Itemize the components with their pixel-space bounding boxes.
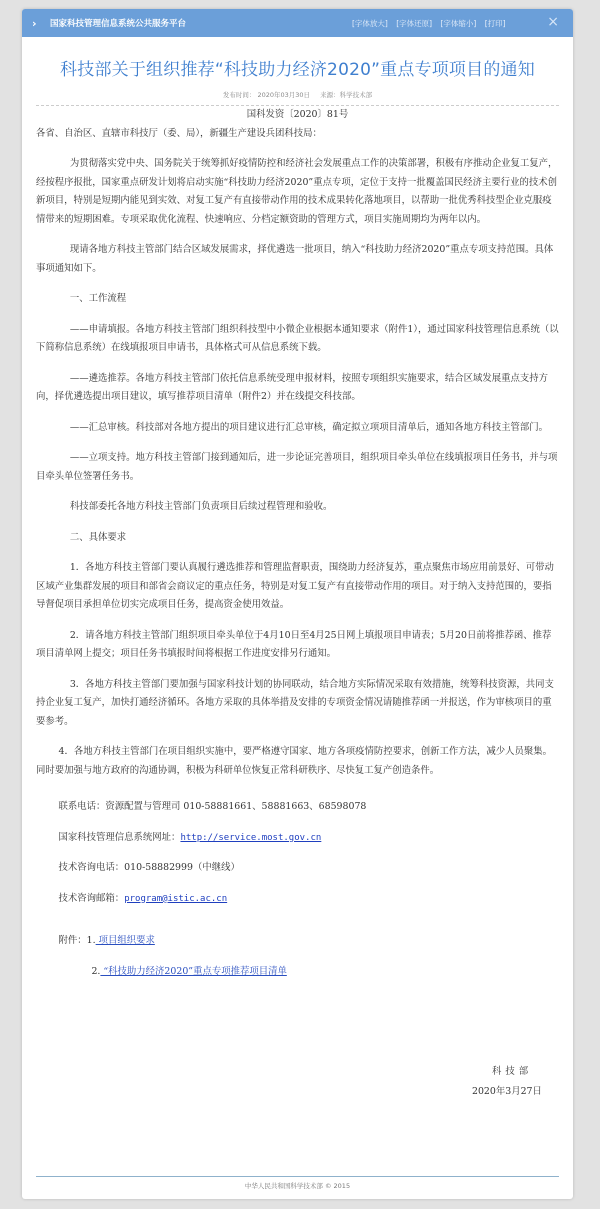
print-button[interactable]: [打印] [485,19,506,28]
paragraph: ——汇总审核。科技部对各地方提出的项目建议进行汇总审核，确定拟立项项目清单后，通… [36,419,559,438]
attachment-link-2[interactable]: “科技助力经济2020”重点专项推荐项目清单 [100,966,286,977]
publish-date: 发布时间： 2020年03月30日 [223,91,310,99]
paragraph: 科技部委托各地方科技主管部门负责项目后续过程管理和验收。 [36,498,559,517]
contact-phone: 联系电话：资源配置与管理司 010-58881661、58881663、6859… [36,798,559,817]
close-icon[interactable]: × [547,14,559,30]
paragraph: 4．各地方科技主管部门在项目组织实施中，要严格遵守国家、地方各项疫情防控要求，创… [36,743,559,780]
attachment-label: 附件：1. [59,935,96,946]
font-enlarge-button[interactable]: [字体放大] [352,19,388,28]
email-label: 技术咨询邮箱： [59,893,125,904]
panel-header: › 国家科技管理信息系统公共服务平台 [字体放大] [字体还原] [字体缩小] … [22,9,573,37]
paragraph: 3．各地方科技主管部门要加强与国家科技计划的协同联动，结合地方实际情况采取有效措… [36,676,559,732]
font-tools: [字体放大] [字体还原] [字体缩小] [打印] [352,18,512,29]
tech-phone: 技术咨询电话：010-58882999（中继线） [36,859,559,878]
footer-divider [36,1176,559,1177]
addressee: 各省、自治区、直辖市科技厅（委、局），新疆生产建设兵团科技局： [36,125,559,144]
attachment-2: 2. “科技助力经济2020”重点专项推荐项目清单 [36,963,559,982]
contact-email: 技术咨询邮箱：program@istic.ac.cn [36,890,559,909]
section-heading: 一、工作流程 [36,290,559,309]
paragraph: 1．各地方科技主管部门要认真履行遴选推荐和管理监督职责，围绕助力经济复苏，重点聚… [36,559,559,615]
sign-date: 2020年3月27日 [472,1083,542,1097]
page-title: 科技部关于组织推荐“科技助力经济2020”重点专项项目的通知 [22,55,573,80]
paragraph: ——申请填报。各地方科技主管部门组织科技型中小微企业根据本通知要求（附件1），通… [36,321,559,358]
doc-number: 国科发资〔2020〕81号 [36,106,559,125]
contact-website: 国家科技管理信息系统网址：http://service.most.gov.cn [36,829,559,848]
email-link[interactable]: program@istic.ac.cn [124,894,227,904]
paragraph: 现请各地方科技主管部门结合区域发展需求，择优遴选一批项目，纳入“科技助力经济20… [36,241,559,278]
signature: 科技部 [492,1063,532,1077]
section-heading: 二、具体要求 [36,529,559,548]
notice-panel: › 国家科技管理信息系统公共服务平台 [字体放大] [字体还原] [字体缩小] … [22,9,573,1199]
website-link[interactable]: http://service.most.gov.cn [180,833,321,843]
paragraph: 2．请各地方科技主管部门组织项目牵头单位于4月10日至4月25日网上填报项目申请… [36,627,559,664]
paragraph: ——立项支持。地方科技主管部门接到通知后，进一步论证完善项目，组织项目牵头单位在… [36,449,559,486]
article-body: 国科发资〔2020〕81号 各省、自治区、直辖市科技厅（委、局），新疆生产建设兵… [22,106,573,981]
attachment-1: 附件：1. 项目组织要求 [36,932,559,951]
paragraph: ——遴选推荐。各地方科技主管部门依托信息系统受理申报材料，按照专项组织实施要求，… [36,370,559,407]
footer-copyright: 中华人民共和国科学技术部 © 2015 [22,1181,573,1190]
attachment-link-1[interactable]: 项目组织要求 [96,935,155,946]
chevron-right-icon[interactable]: › [32,17,42,30]
paragraph: 为贯彻落实党中央、国务院关于统筹抓好疫情防控和经济社会发展重点工作的决策部署，积… [36,155,559,229]
article-meta: 发布时间： 2020年03月30日 来源：科学技术部 [22,90,573,99]
font-reset-button[interactable]: [字体还原] [396,19,432,28]
source: 来源：科学技术部 [320,91,372,99]
site-name: 国家科技管理信息系统公共服务平台 [50,17,186,29]
font-shrink-button[interactable]: [字体缩小] [441,19,477,28]
website-label: 国家科技管理信息系统网址： [59,832,181,843]
